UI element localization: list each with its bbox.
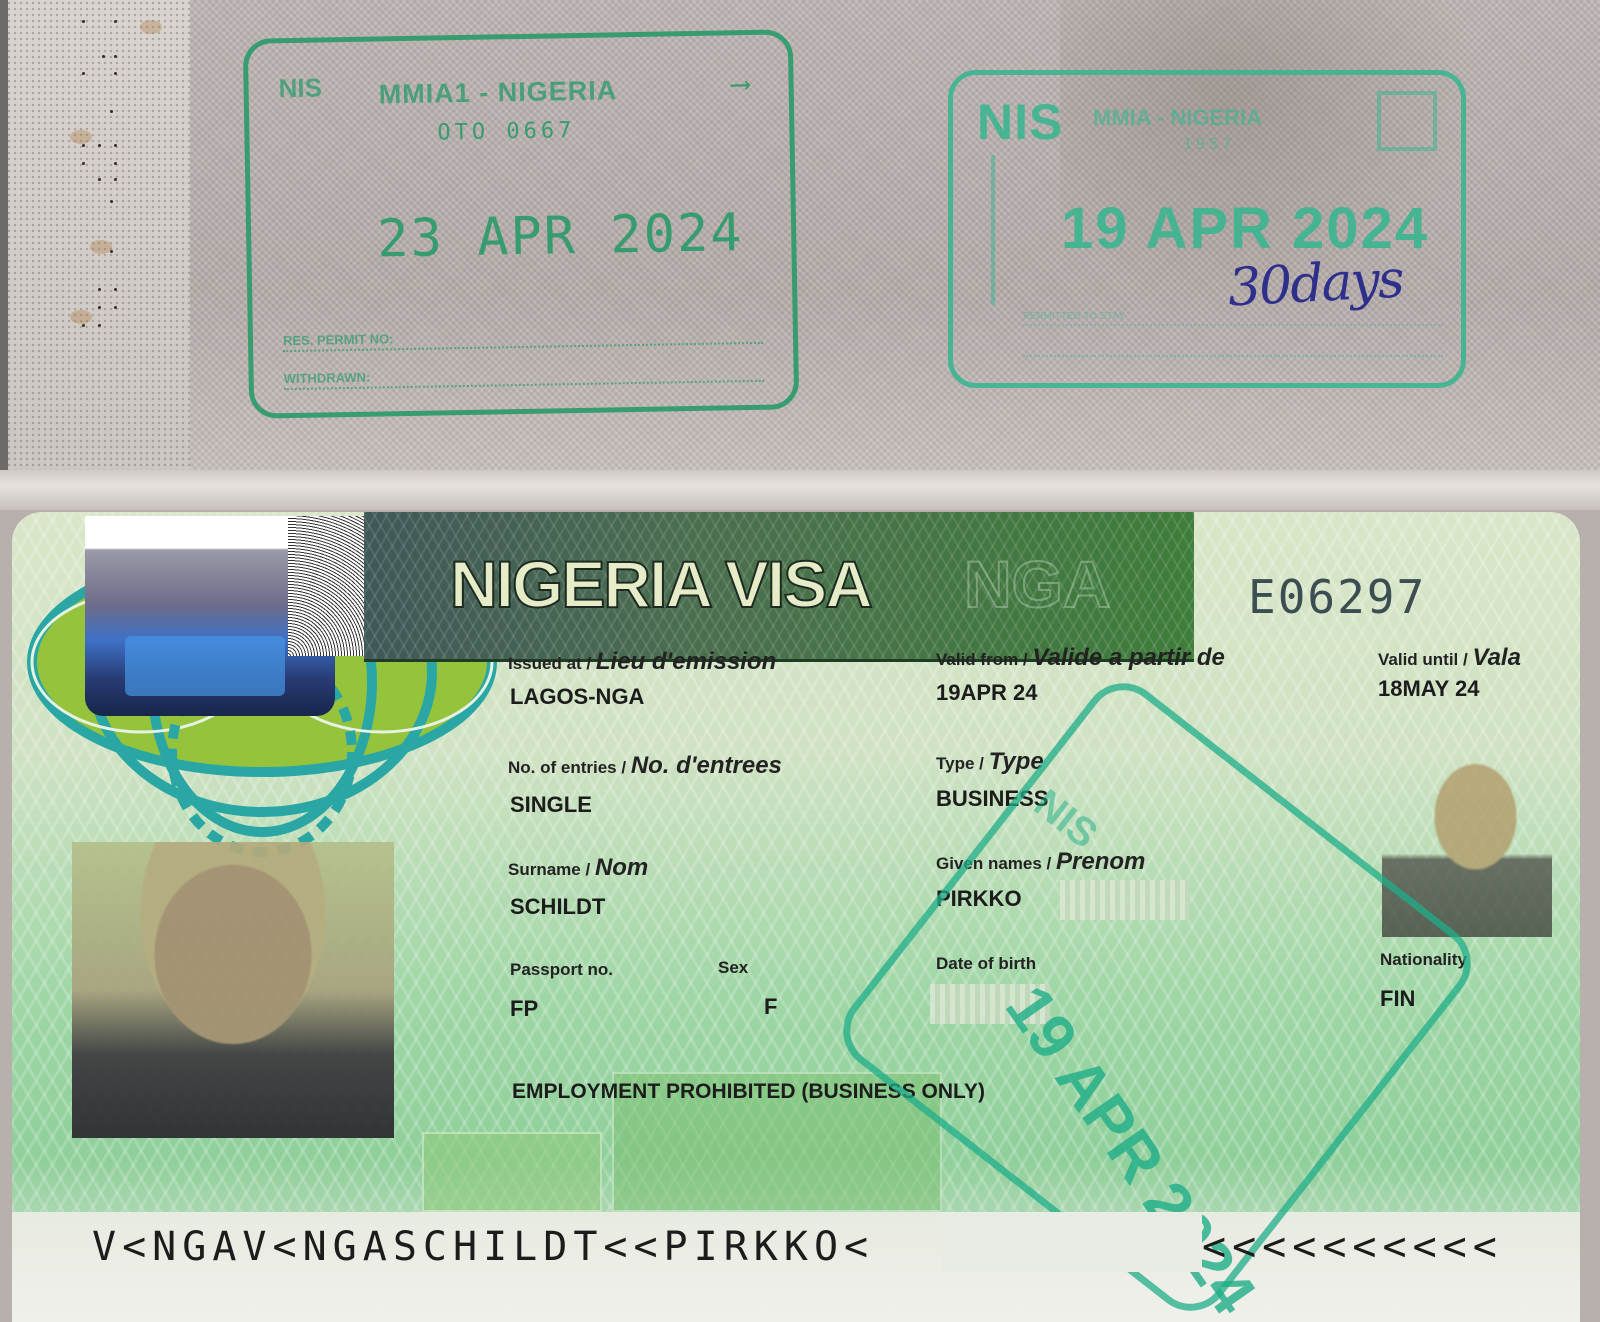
page-margin-strip: [0, 0, 190, 480]
sex-label: Sex: [718, 958, 748, 978]
type-label: Type / Type: [936, 748, 1044, 776]
stain: [140, 20, 162, 34]
valid-from-value: 19APR 24: [936, 680, 1038, 706]
stamp-side-barcode: [967, 155, 995, 305]
visa-number: E06297: [1248, 570, 1426, 624]
mrz-filler: <<<<<<<<<<: [1202, 1224, 1503, 1270]
issued-at-value: LAGOS-NGA: [510, 684, 644, 710]
stamp-location: MMIA - NIGERIA: [1093, 105, 1262, 131]
visa-title: NIGERIA VISA: [450, 546, 871, 622]
visa-watermark: NGA: [964, 546, 1111, 622]
stamp-authority: NIS: [977, 93, 1063, 151]
entries-value: SINGLE: [510, 792, 592, 818]
background-block: [422, 1132, 602, 1212]
page-perforation: [72, 10, 152, 330]
entry-stamp: NIS MMIA - NIGERIA 1957 19 APR 2024 PERM…: [948, 70, 1466, 388]
valid-from-label: Valid from / Valide a partir de: [936, 644, 1225, 672]
stamp-authority: NIS: [278, 72, 322, 104]
passport-no-value: FP: [510, 996, 538, 1022]
stamp-field-withdrawn: WITHDRAWN:: [284, 363, 764, 390]
stamp-code: 1957: [1183, 135, 1235, 153]
exit-stamp: NIS MMIA1 - NIGERIA ⟶ OTO 0667 23 APR 20…: [243, 29, 800, 419]
stamp-location: MMIA1 - NIGERIA: [378, 75, 617, 110]
holder-photo: [72, 842, 394, 1138]
visa-title-banner: NIGERIA VISA NGA: [364, 512, 1194, 662]
handwritten-stay-duration: 30days: [1227, 249, 1404, 318]
entries-label: No. of entries / No. d'entrees: [508, 752, 782, 780]
stamp-corner-box: [1377, 91, 1437, 151]
page-fold: [0, 470, 1600, 510]
surname-label: Surname / Nom: [508, 854, 648, 882]
visa-sticker: NIGERIA VISA NGA E06297 Issued at / Lieu…: [12, 512, 1580, 1322]
mrz-line: V<NGAV<NGASCHILDT<<PIRKKO<: [92, 1224, 874, 1270]
stamp-code: OTO 0667: [437, 118, 575, 145]
stain: [70, 130, 92, 144]
sex-value: F: [764, 994, 777, 1020]
arrow-right-icon: ⟶: [731, 67, 748, 100]
passport-no-label: Passport no.: [510, 960, 613, 980]
stamp-date: 23 APR 2024: [377, 203, 744, 269]
passport-upper-page: NIS MMIA1 - NIGERIA ⟶ OTO 0667 23 APR 20…: [0, 0, 1600, 490]
valid-until-label: Valid until / Vala: [1378, 644, 1521, 672]
redacted-mrz: [942, 1212, 1202, 1272]
issued-at-label: Issued at / Lieu d'emission: [508, 648, 776, 676]
valid-until-value: 18MAY 24: [1378, 676, 1480, 702]
surname-value: SCHILDT: [510, 894, 605, 920]
stamp-field-line: [1023, 353, 1443, 357]
stain: [90, 240, 112, 254]
stain: [70, 310, 92, 324]
stamp-field-res-permit: RES. PERMIT NO:: [283, 325, 763, 352]
